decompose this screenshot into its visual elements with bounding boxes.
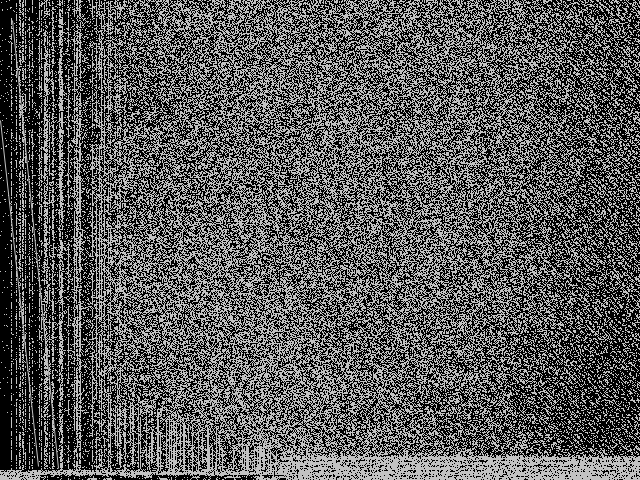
dithered-photo	[0, 0, 640, 480]
noise-canvas	[0, 0, 640, 480]
